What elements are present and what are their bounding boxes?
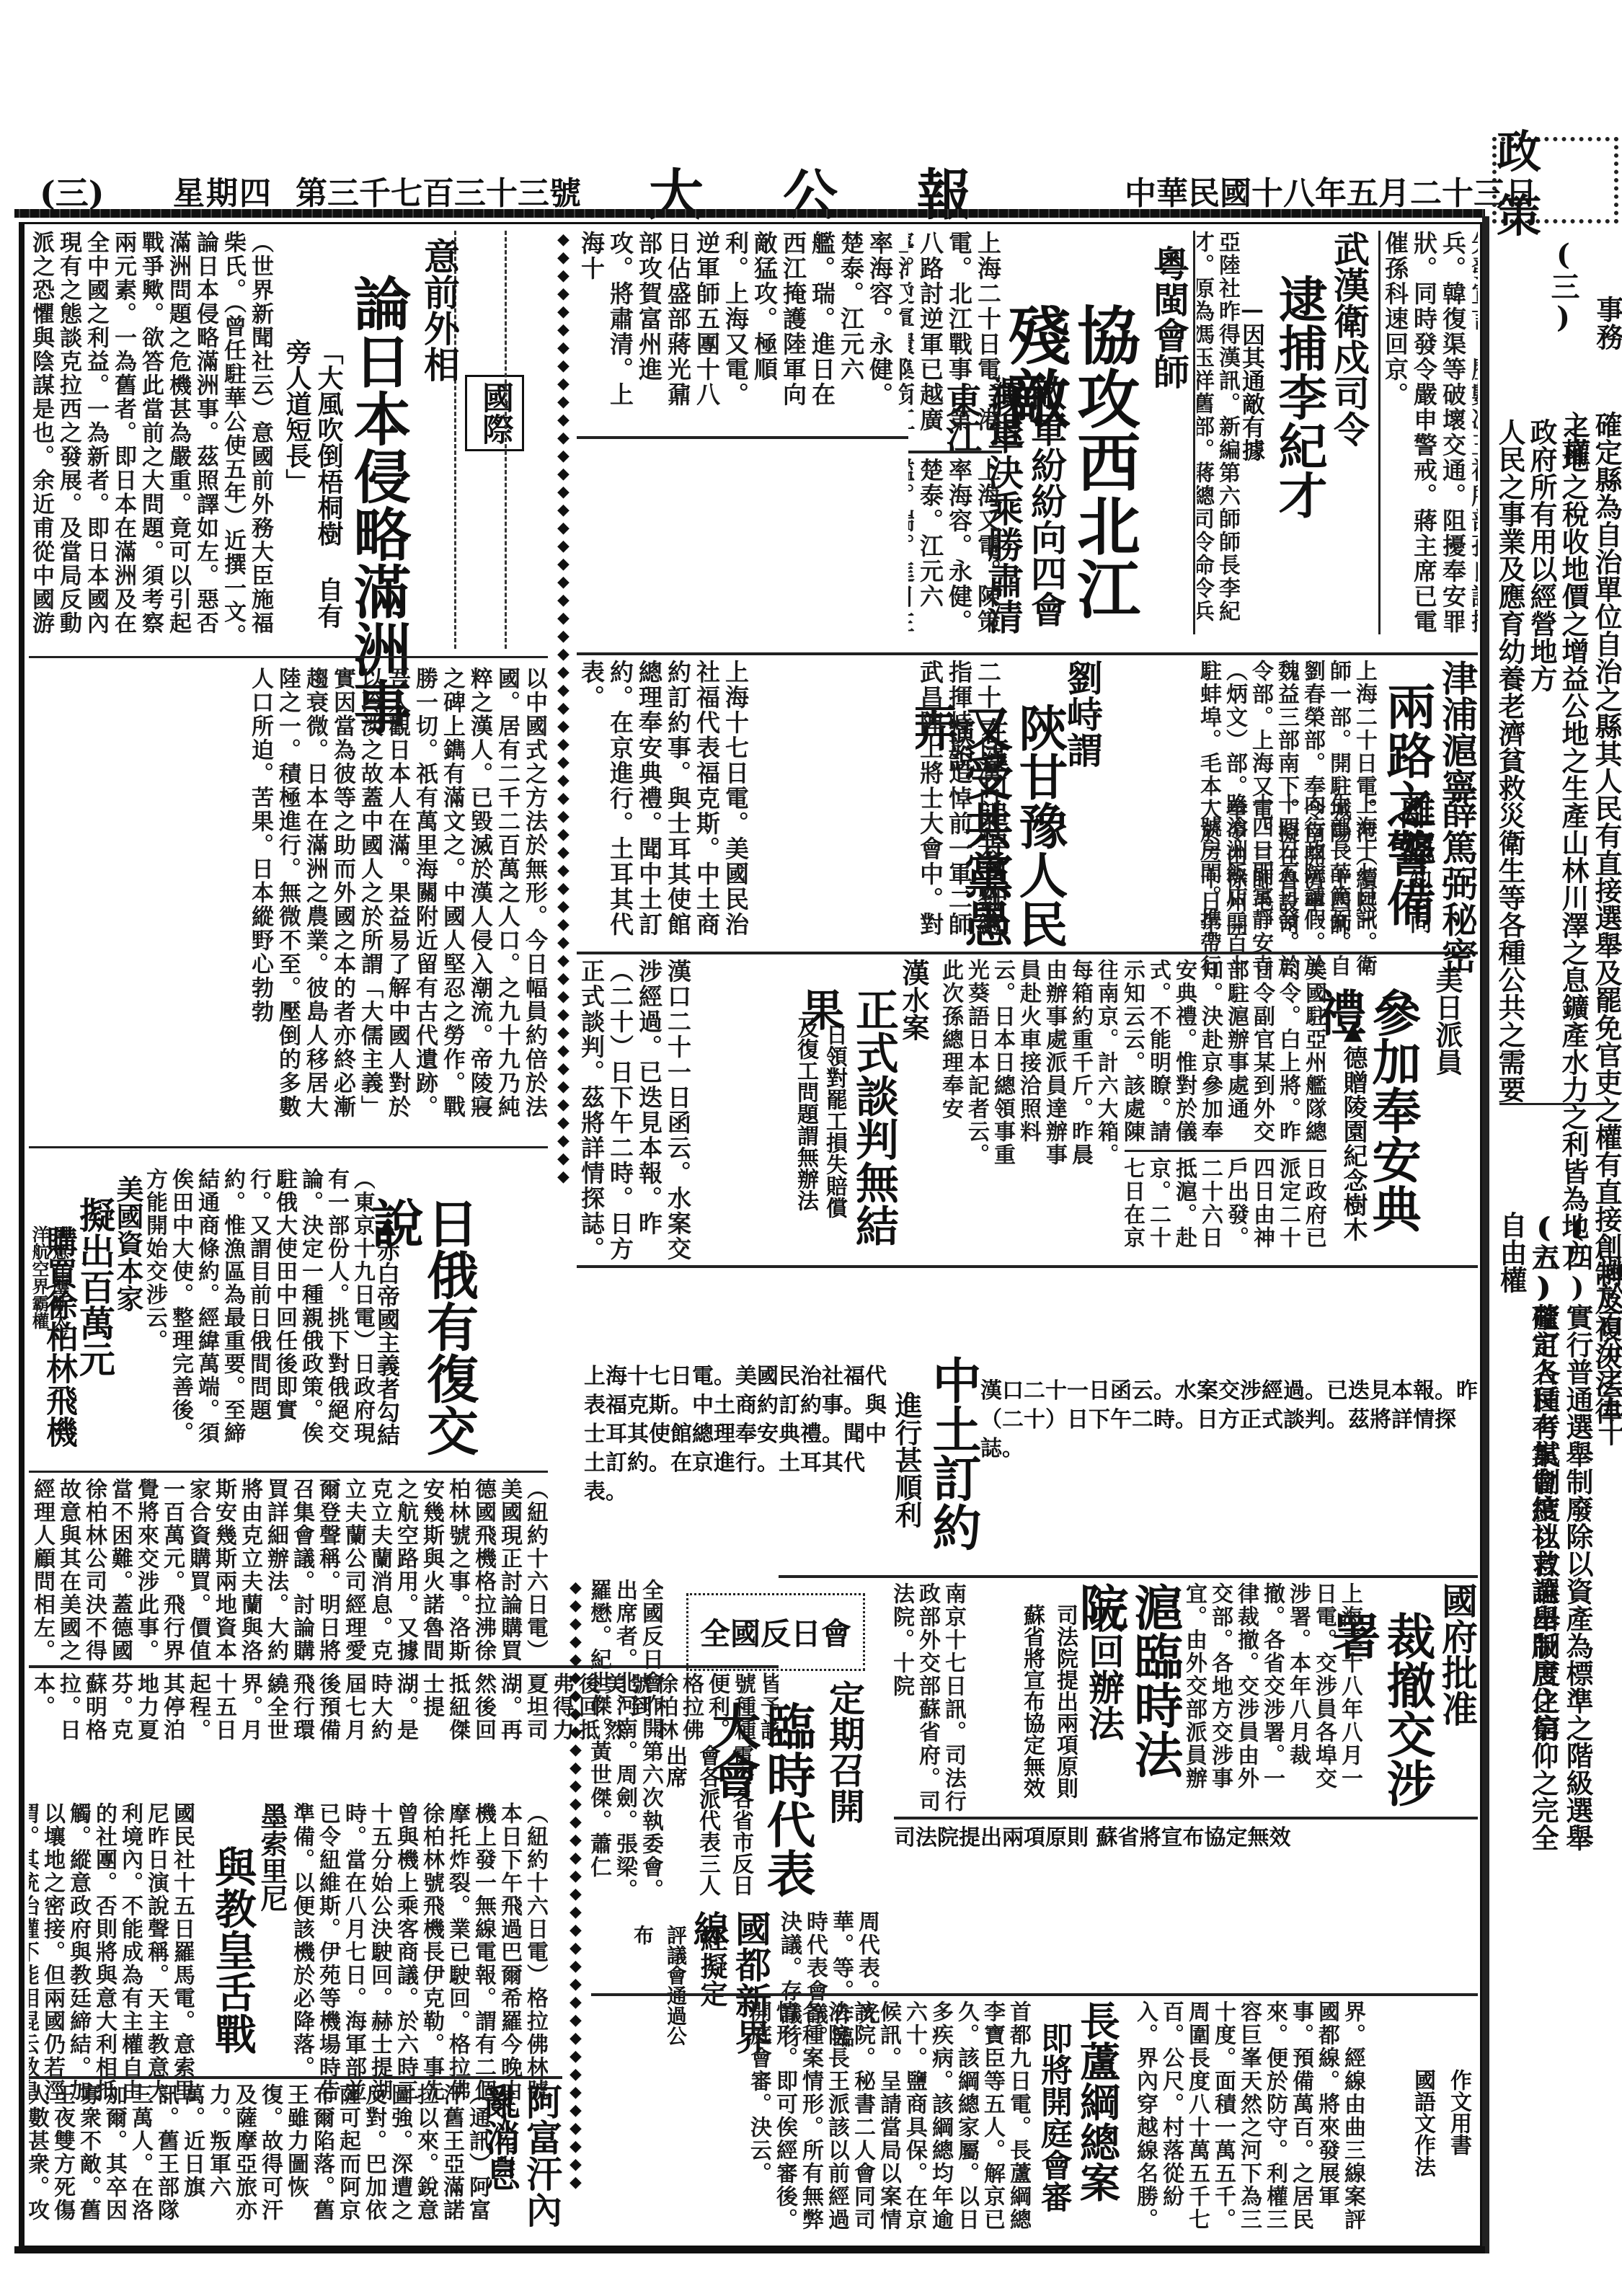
headline: 論日本侵略滿洲事 [346,274,409,735]
policy-item: 土地之稅收地價之增益公地之生產山林川澤之息鑛產水力之利皆為地方政府所有用以經營地… [1525,418,1589,1269]
subheadline: ▲赤白帝國主義者勾結 [371,1211,404,1446]
article-fengan-ceremony: 美日派員 參加奉安典禮 ▲德贈陵園紀念樹木 美國駐亞州艦隊總司令。白上將。昨日令… [1125,959,1478,1262]
ad-guoyu-zuowen: 作文用書 國語文作法 [1373,2069,1474,2242]
masthead: (三) 星期四 第三千七百三十三號 大公報 中華民國十八年五月二十三日 [0,0,1622,216]
ad-tag: 作文用書 [1442,2069,1474,2155]
policy-item: (六)確定人民有集會結社言論出版居住信仰之完全自由權 [1495,1211,1559,1860]
diamond-ornament-column: ◆◆◆◆◆◆◆◆◆◆◆◆◆◆◆◆◆◆◆◆◆◆◆◆◆◆◆◆◆◆◆◆◆◆ [566,1579,585,2242]
note: 電令各省市反日會各派代表三人出席 [657,1745,757,1903]
subheadline: 司法院提出兩項原則 蘇省將宣布協定無效 [1015,1604,1081,1813]
box-title: 全國反日會 [700,1610,851,1654]
headline-kicker: 國府批准 [1436,1582,1478,1727]
policy-item: 過於百分之五十 [1593,1254,1622,1471]
article-feng-news: 祥再不覺悟。即取斷然處置。以文裝維持中央威信。南京又電。總部十九日午召集最高會議… [1381,231,1478,642]
subheadline: 及復工問題謂無辦法 [793,1016,822,1211]
article-liu-speech: 劉峙謂 陝甘豫人民又受共黨愚弄 在漢口追悼會中之演說 二十一日漢口函云。劉總指揮… [916,660,1189,948]
article-zeppelin-return: （紐約十六日電）格拉佛林號本日下午飛過巴爾希羅今晚由機上發一無線電報。謂有二個摩… [288,1802,562,2105]
article-guangdong: 粵閩會師 協攻西北江殘敵 敵軍紛紛向四會潰退 我軍決乘勝肅清東江 上海二十日電。… [908,231,1189,649]
article-body: 司法院提出兩項原則 蘇省將宣布協定無效 [894,1824,1478,1853]
headline: 擬出百萬元 [74,1197,115,1377]
section-divider [29,656,548,658]
section-divider [779,1575,1478,1578]
section-divider [908,451,1002,453]
article-body: 漢口二十一日函云。水案交涉經過。已迭見本報。昨（二十）日下午二時。日方正式談判。… [980,1377,1478,1572]
section-divider [577,652,1478,655]
article-jiaoshe-abolish: 國府批准 裁撤交涉署 上海二十八年八月一日電。交涉員各埠交涉署。本年八月裁撤。各… [1182,1582,1478,1813]
diamond-ornament-column: ◆◆◆◆◆◆◆◆◆◆◆◆◆◆◆◆◆◆◆◆◆◆◆◆◆◆◆◆◆◆◆◆◆◆◆◆◆◆◆◆… [554,231,572,1240]
section-divider [29,1146,548,1148]
section-divider [591,1993,1478,1996]
headline-kicker: 粵閩會師 [1148,245,1189,389]
column-divider [1193,231,1195,634]
headline-kicker: 漢水案 [897,959,930,1041]
headline-kicker: 長蘆綱總案 [1070,2000,1125,2202]
policy-sidebar: 政策 (三) 指揮以處理國家行政事務 確定縣為自治單位自治之縣其人民有直接選舉及… [1492,137,1622,1867]
article-antijapan-congress: 全國反日會 定期召開 臨時代表大會 電令各省市反日會各派代表三人出席 全國反日會… [591,1579,879,1903]
policy-title-box: 政策 [1492,137,1618,223]
sidebar-divider [1499,1103,1615,1105]
subheadline: ▲德贈陵園紀念樹木 [1337,1016,1370,1241]
subheadline: 用意在壟斷太平洋航空界霸權 [29,1225,69,1355]
article-capital-line: 國府術界線經由中央計劃由下直十度一六尺。其循高分如天之航之勢界。經線由曲三線案評… [1132,2000,1370,2238]
page-number: (三) [40,167,105,215]
section-divider [29,2076,562,2079]
issue-number: 第三千七百三十三號 [296,167,581,213]
policy-title: 政策 [1497,116,1614,244]
antijapan-box: 全國反日會 [686,1593,865,1671]
page-bottom-rule [14,2246,1485,2253]
section-divider [577,436,908,439]
headline-kicker: 津浦滬寧 [1436,660,1478,804]
headline: 進行甚順利 [890,1391,923,1528]
subheadline: —因其通敵有據 [1236,296,1269,461]
article-germany-gift: 德國德國政府贈送我國總理陵園紀念樹木。由德輪Laverland裝運。已於前晚抵滬… [937,959,1117,1175]
newspaper-title: 大公報 [649,151,1051,230]
article-china-turkey-treaty: 上海十七日電。美國民治社福代表福克斯。中土商約訂約事。與士耳其使館總理奉安典禮。… [577,660,908,948]
byline: 英人作崇 [486,2091,519,2177]
article-strike-talks-horizontal: 漢口二十一日函云。水案交涉經過。已迭見本報。昨（二十）日下午二時。日方正式談判。… [980,1377,1478,1572]
headline-kicker: 中土訂約 [926,1355,980,1572]
headline: 與教皇舌戰 [205,1845,260,2055]
article-china-turkey: 中土訂約 進行甚順利 上海十七日電。美國民治社福代表福克斯。中土商約訂約事。與士… [577,1355,980,1572]
article-body: 上海十七日電。美國民治社福代表福克斯。中土商約訂約事。與士耳其使館總理奉安典禮。… [584,1362,887,1564]
article-shanghai-court: 滬臨時法院 收回辦法 司法院提出兩項原則 蘇省將宣布協定無效 南京十七日訊。司法… [894,1582,1182,1813]
policy-section-no: (三) [1543,238,1584,334]
subheadline: 定期召開 [823,1680,865,1824]
article-court-detail: 司法院提出兩項原則 蘇省將宣布協定無效 [894,1824,1478,1990]
page-right-border [1482,216,1489,2253]
article-hankou-strike: 漢水案 正式談判無結果 日領對罷工損失賠償 及復工問題謂無辦法 [793,959,930,1262]
headline-kicker: 墨索里尼 [255,1802,288,1912]
subheadline: —不知去向 [1401,822,1435,934]
article-wuhan-arrest: 武漢衛戍司令 逮捕李紀才 —因其通敵有據 亞陸社昨得漢訊。新編第六師師長李紀才。… [1197,231,1377,642]
section-label-international: 國際 [465,375,524,451]
headline-kicker: 美日派員 [1430,966,1463,1076]
ad-title: 國語文作法 [1406,2069,1438,2177]
masthead-rule [14,209,1485,218]
article-japan-russia: 日俄有復交說 ▲赤白帝國主義者勾結 （東京十九日電）日政府現有一部份人。挑下對俄… [144,1153,548,1463]
subheadline: 「大風吹倒梧桐樹 自有旁人道短長」 [281,339,345,649]
headline: 收回辦法 [1083,1597,1125,1741]
policy-item: 人民之事業及應育幼養老濟貧救災衛生等各種公共之需要 [1494,418,1525,1269]
article-us-capital-zeppelin: 美國資本家 擬出百萬元 購買徐柏林飛機 用意在壟斷太平洋航空界霸權 [29,1153,144,1463]
headline-kicker: 武漢衛戍司令 [1328,231,1370,447]
article-guangxi-front: 上海又電。陳策率海容。永健。楚泰。江元六艦。瑞。進日在西江掩護陸軍向敵猛攻。極順… [577,231,908,649]
article-hankou-strike-body: 漢口二十一日函云。水案交涉經過。已迭見本報。昨（二十）日下午二時。日方正式談判。… [577,959,786,1262]
headline: 逮捕李紀才 [1272,274,1326,519]
section-divider [894,1817,1478,1819]
headline: 即將開庭會審 [1032,2022,1074,2212]
article-afghan: 阿富汗內亂消息 英人作崇 （通訊）阿富汗舊王亞滿諾拉以來。銳意圖強。深遭之反對。… [29,2083,562,2242]
dashed-divider [505,231,507,649]
headline-kicker: 意前外相 [418,238,460,382]
weekday: 星期四 [173,167,272,213]
column-divider [1378,231,1381,634]
issue-date: 中華民國十八年五月二十三日 [1125,167,1537,213]
section-divider [577,1265,1478,1268]
section-divider [1125,1150,1326,1152]
article-editorial: 國際 意前外相 論日本侵略滿洲事 「大風吹倒梧桐樹 自有旁人道短長」 （世界新聞… [29,231,548,1139]
article-changlu-case: 長蘆綱總案 即將開庭會審 首都九日電。長蘆綱總李寶臣等五人。解京已久。該綱總家屬… [735,2000,1125,2246]
article-mussolini: 墨索里尼 與教皇舌戰 國民社十五日羅馬電。意索里尼昨日演說聲稱。天主教意大利境內… [29,1802,288,2105]
section-divider [29,1471,548,1473]
policy-item: (四)實行普通選舉制廢除以資產為標準之階級選舉 [1561,1211,1593,1860]
article-zeppelin-body: （紐約十六日電）美國現正討論購買德國飛機格拉沸徐柏林號之事。洛斯安幾斯與火諾魯間… [29,1478,548,1665]
subheadline: 日領對罷工損失賠償 [817,1024,851,1218]
